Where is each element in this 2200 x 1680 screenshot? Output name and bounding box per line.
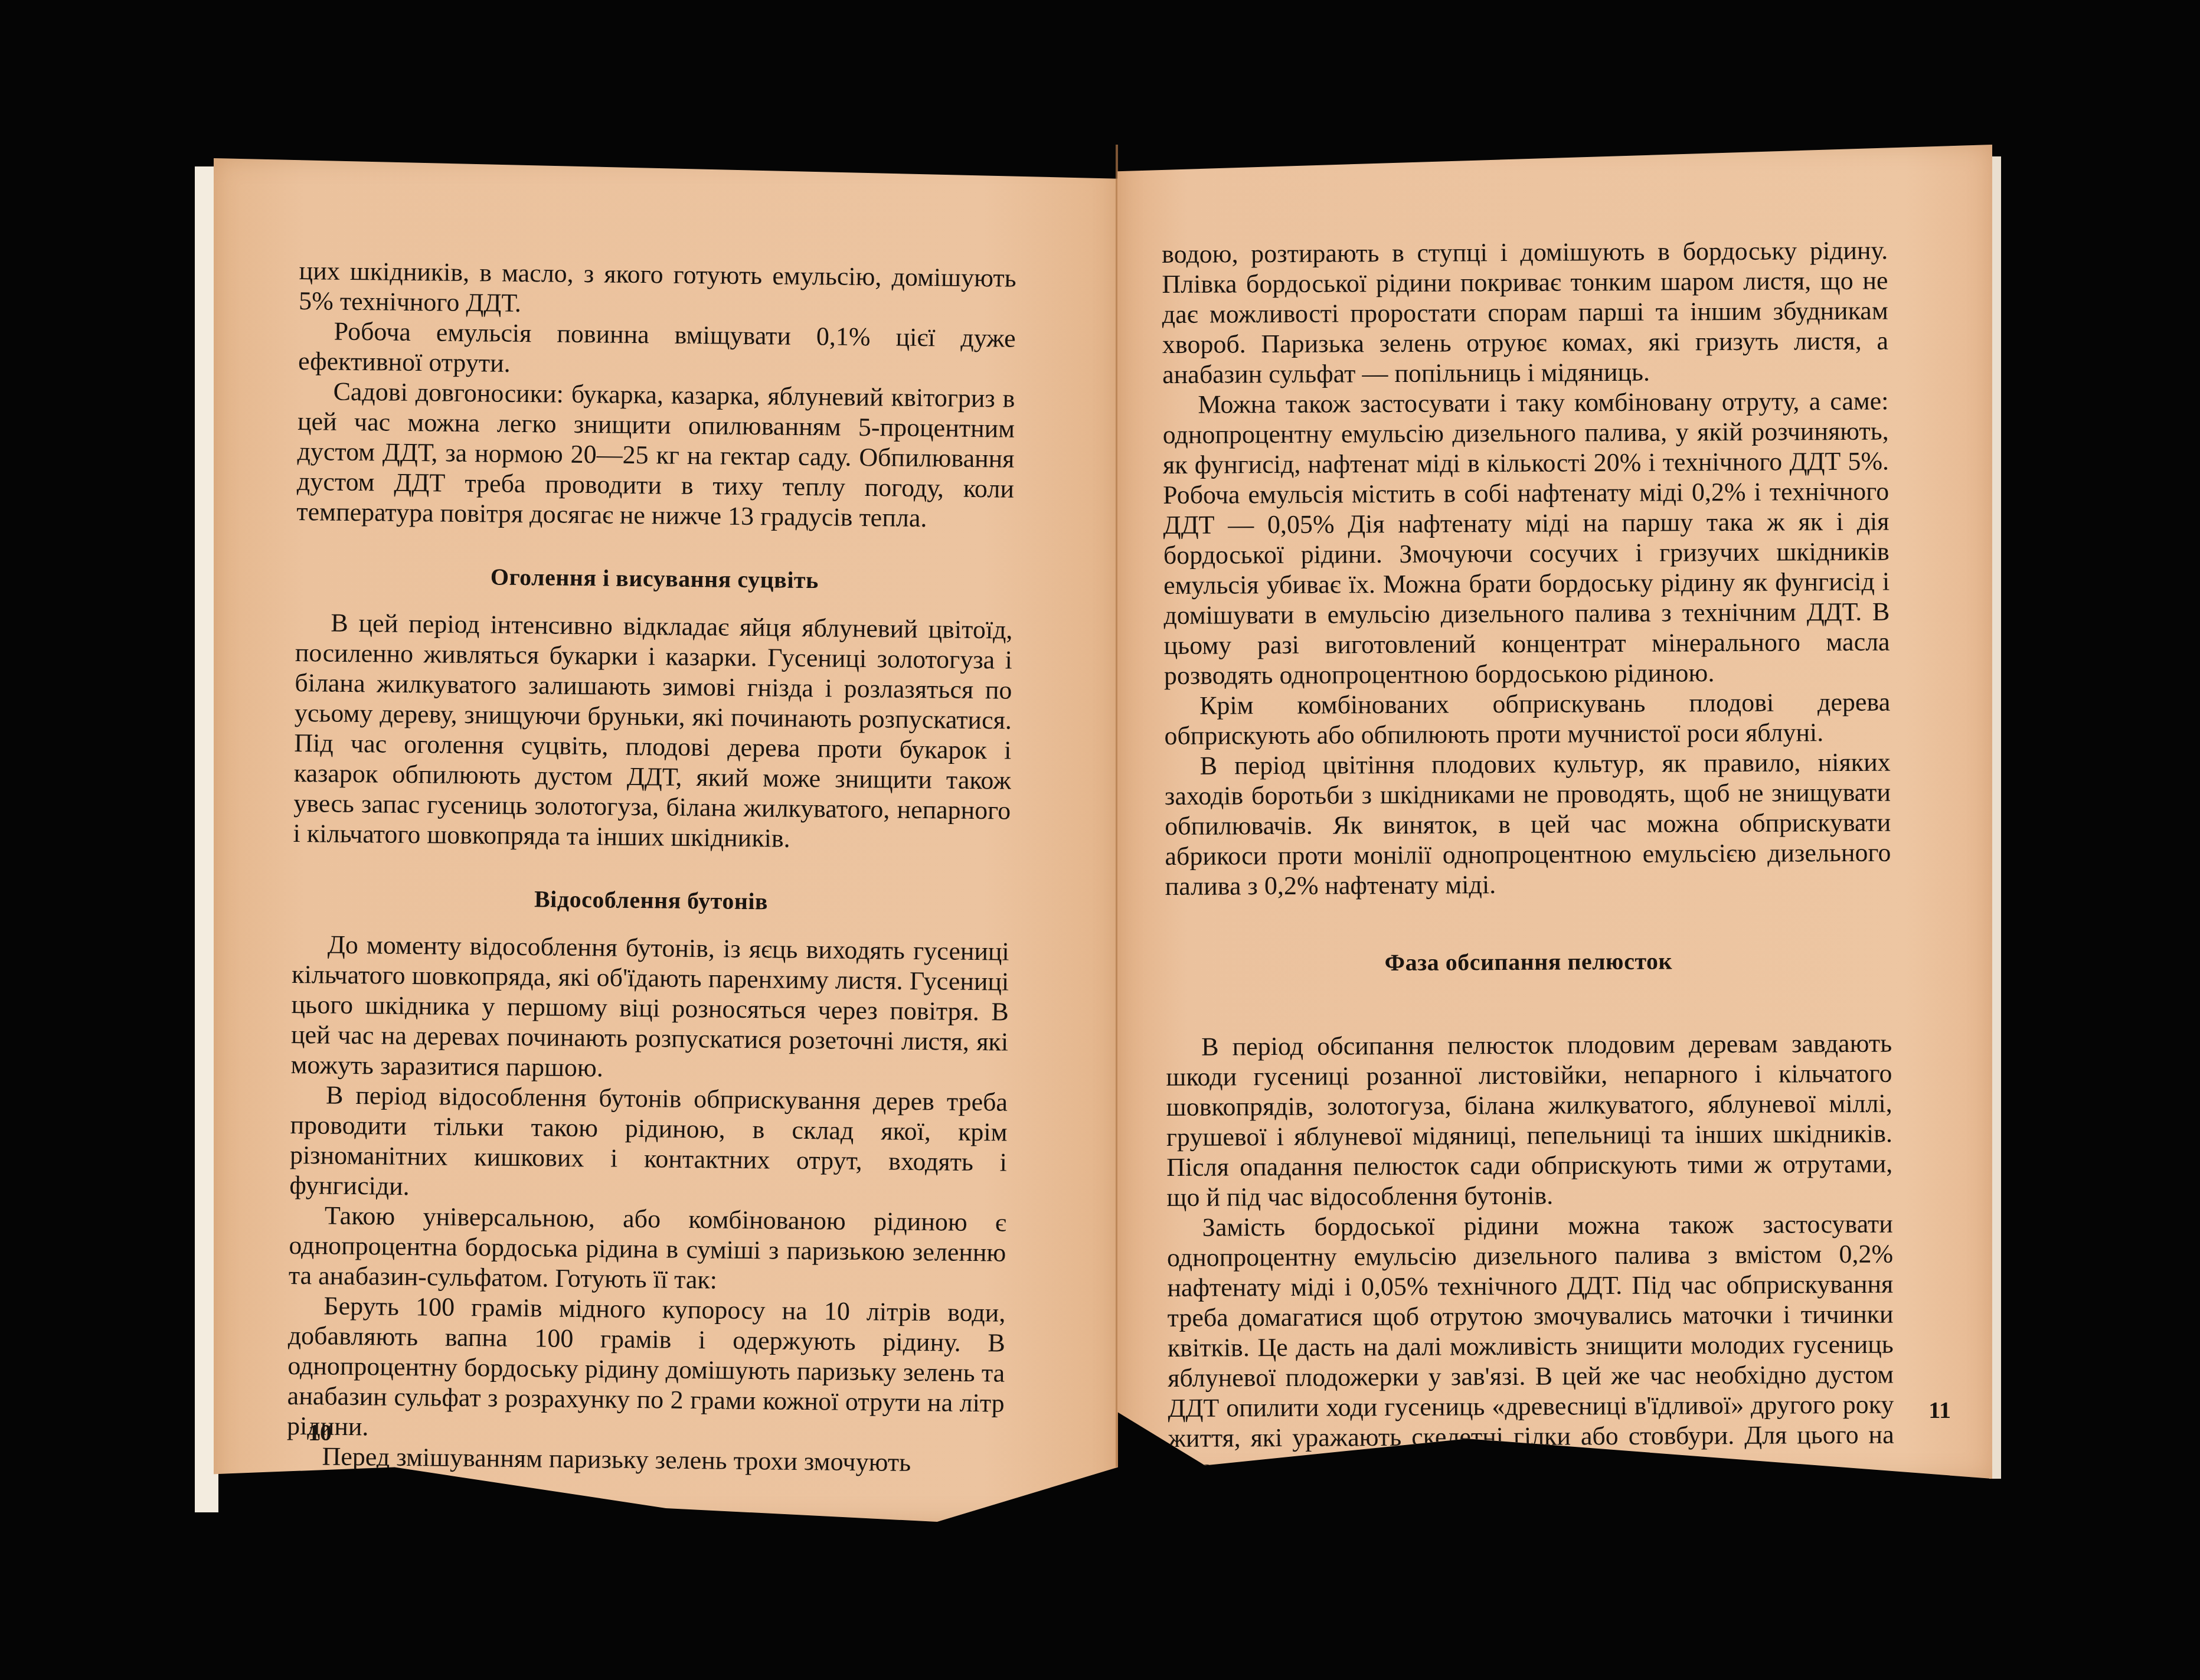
paragraph: Такою універсальною, або комбінованою рі… — [289, 1200, 1007, 1298]
left-page: цих шкідників, в масло, з якого готують … — [214, 158, 1118, 1522]
paragraph: Крім комбінованих обприскувань плодові д… — [1164, 687, 1891, 751]
paragraph: Можна також застосувати і таку комбінова… — [1162, 386, 1890, 691]
section-heading: Оголення і висування суцвіть — [296, 560, 1013, 597]
paragraph: цих шкідників, в масло, з якого готують … — [299, 256, 1016, 323]
paragraph: В період обсипання пелюсток плодовим дер… — [1166, 1028, 1893, 1212]
paragraph: Робоча емульсія повинна вміщувати 0,1% ц… — [298, 316, 1016, 384]
right-page-text: водою, розтирають в ступці і домішують в… — [1162, 236, 1894, 1483]
left-page-text: цих шкідників, в масло, з якого готують … — [286, 256, 1016, 1479]
paragraph: Замість бордоської рідини можна також за… — [1167, 1209, 1894, 1483]
paragraph: Беруть 100 грамів мідного купоросу на 10… — [287, 1290, 1006, 1449]
paragraph: В цей період інтенсивно відкладає яйця я… — [293, 607, 1012, 856]
section-heading: Фаза обсипання пелюсток — [1165, 945, 1891, 979]
paragraph: До моменту відособлення бутонів, із яєць… — [290, 929, 1009, 1087]
paragraph: В період цвітіння плодових культур, як п… — [1165, 747, 1891, 901]
page-number: 10 — [308, 1418, 332, 1446]
right-page: водою, розтирають в ступці і домішують в… — [1117, 145, 1992, 1479]
paragraph: Садові довгоносики: букарка, казарка, яб… — [296, 376, 1015, 534]
paragraph: В період відособлення бутонів обприскува… — [289, 1080, 1008, 1208]
section-heading: Відособлення бутонів — [292, 881, 1009, 919]
paragraph: водою, розтирають в ступці і домішують в… — [1162, 236, 1888, 390]
page-number: 11 — [1928, 1396, 1951, 1424]
